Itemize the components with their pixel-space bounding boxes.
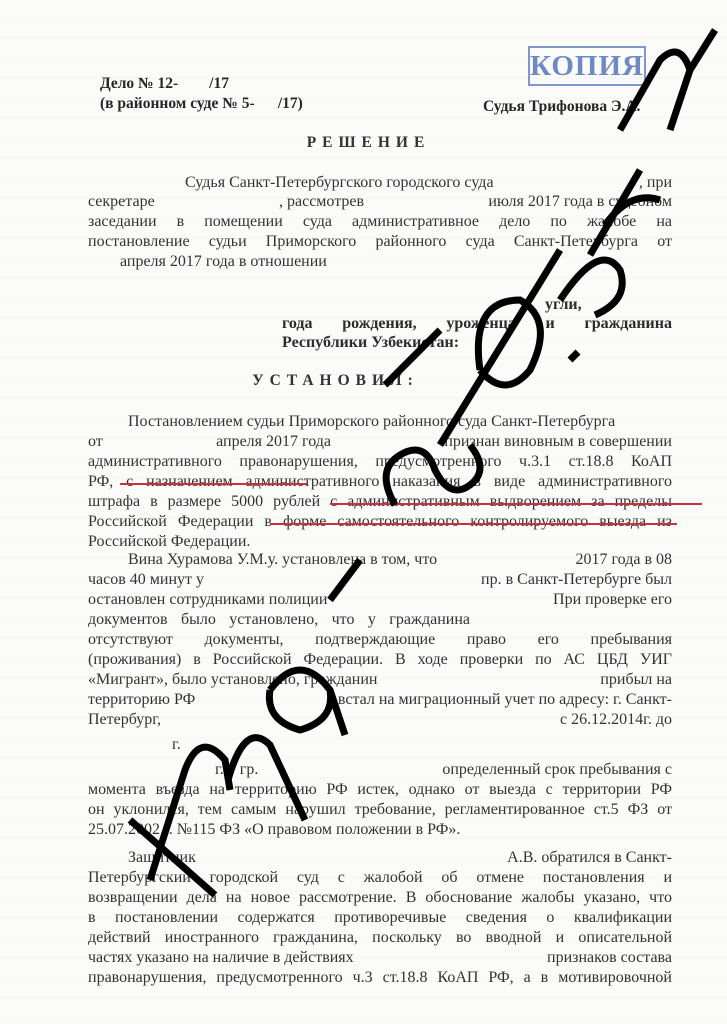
para2-line: остановлен сотрудниками полицииПри прове… [88,590,672,609]
para1-line: Российской Федерации в форме самостоятел… [88,512,672,531]
para2-line: отсутствуют документы, подтверждающие пр… [88,630,672,649]
para3-line: возвращении дела на новое рассмотрение. … [88,888,672,907]
person-line: года рождения, уроженца и гражданина [282,314,672,333]
judge-name: Судья Трифонова Э.А. [483,98,640,116]
person-line: Республики Узбекистан: [282,333,459,352]
copy-stamp: КОПИЯ [528,46,646,86]
intro-line: апреля 2017 года в отношении [120,252,327,271]
para2-line: часов 40 минут упр. в Санкт-Петербурге б… [88,570,672,589]
para2-line: 25.07.2002 г. №115 ФЗ «О правовом положе… [88,820,460,839]
red-underline [330,503,702,505]
para3-line: действий иностранного гражданина, поскол… [88,928,672,947]
intro-line: постановление судьи Приморского районног… [88,232,672,251]
para3-line: правонарушения, предусмотренного ч.3 ст.… [88,968,672,987]
para1-line: административного правонарушения, предус… [88,452,672,471]
document-title: РЕШЕНИЕ [5,134,727,152]
para1-line: РФ, с назначением административного нака… [88,472,672,491]
para2-line: г. [172,735,181,754]
document-page: КОПИЯ Дело № 12- /17 (в районном суде № … [0,0,727,1024]
para2-line: документов было установлено, что у гражд… [88,610,470,629]
intro-line: заседании в помещении суда административ… [88,212,672,231]
para3-line: Петербургский городской суд с жалобой об… [88,868,672,887]
section-title: УСТАНОВИЛ: [0,372,699,390]
person-line: угли, [545,295,582,314]
para3-line: в постановлении содержатся противоречивы… [88,908,672,927]
para2-line: Вина Хурамова У.М.у. установлена в том, … [128,550,672,569]
para2-line: (проживания) в Российской Федерации. В х… [88,650,672,669]
para2-line: территорию РФвстал на миграционный учет … [88,690,672,709]
para1-line: штрафа в размере 5000 рублей с администр… [88,492,672,511]
para1-line: Российской Федерации. [88,532,250,551]
intro-line: секретаре, рассмотревиюля 2017 года в су… [88,192,672,211]
intro-line: Судья Санкт-Петербургского городского су… [185,173,672,192]
para2-line: Петербург,с 26.12.2014г. до [88,710,672,729]
para1-line: Постановлением судьи Приморского районно… [128,412,615,431]
para2-line: он уклонился, тем самым нарушил требован… [88,800,672,819]
para2-line: момента въезда на территорию РФ истек, о… [88,780,672,799]
para2-line: г. у гр.определенный срок пребывания с [215,760,672,779]
para2-line: «Мигрант», было установлено, гражданинпр… [88,670,672,689]
para3-line: ЗащитникА.В. обратился в Санкт- [128,848,672,867]
district-case-number: (в районном суде № 5- /17) [100,95,303,113]
case-number: Дело № 12- /17 [100,75,229,93]
para1-line: отапреля 2017 годапризнан виновным в сов… [88,432,672,451]
red-underline [270,523,677,525]
red-underline [120,483,307,485]
para3-line: частях указано на наличие в действияхпри… [88,948,672,967]
